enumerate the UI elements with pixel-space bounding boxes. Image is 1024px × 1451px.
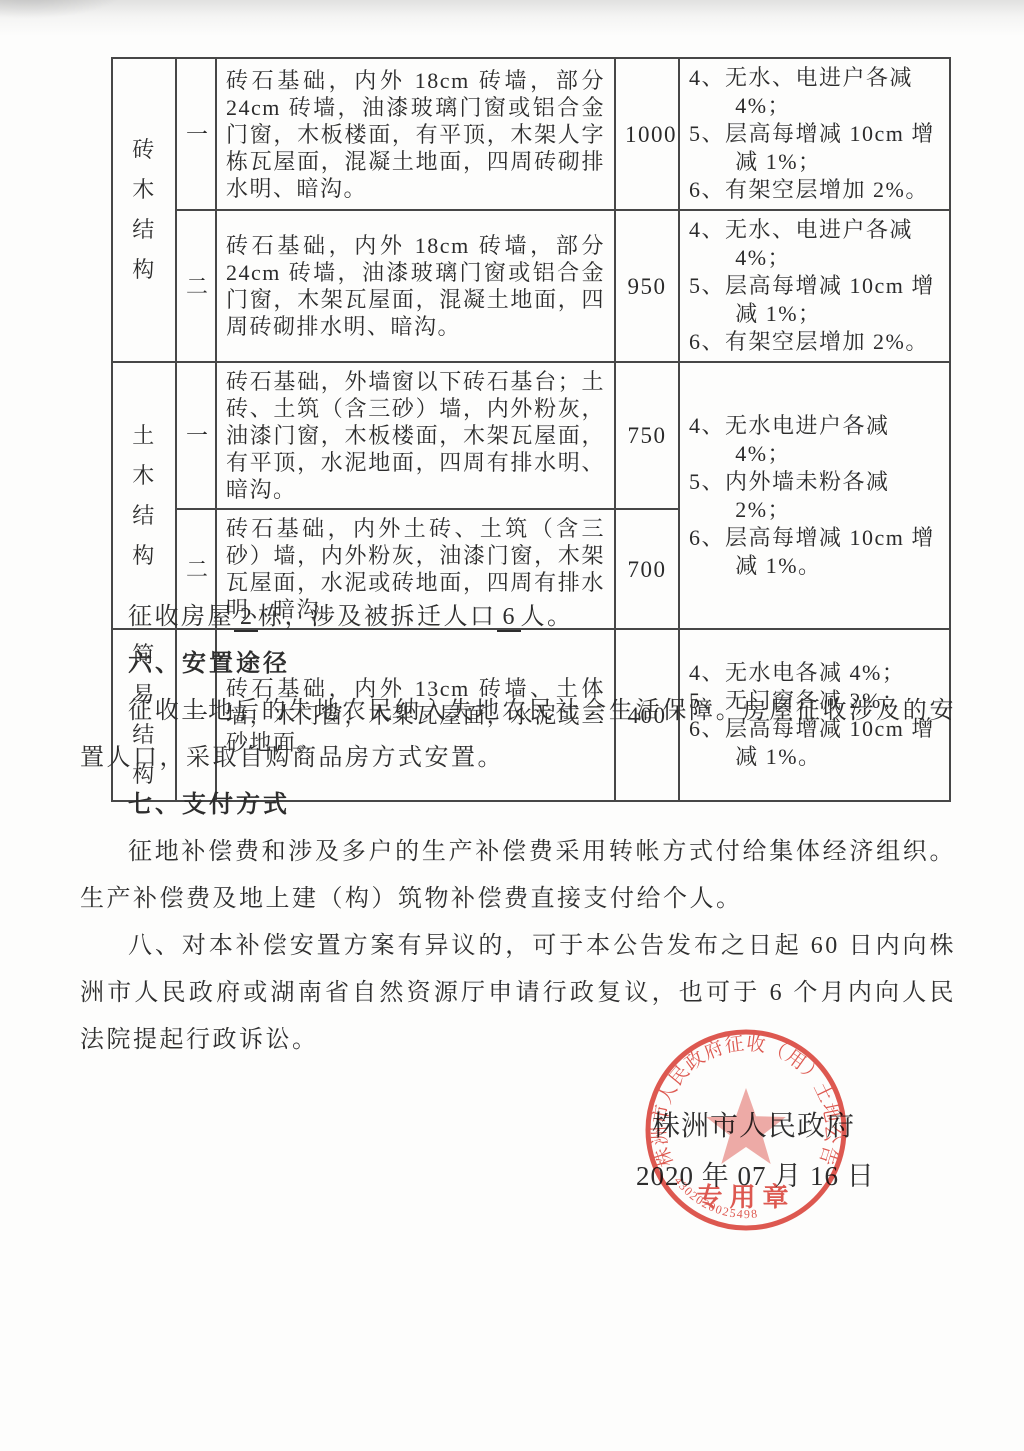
housing-summary-line: 征收房屋2栋，涉及被拆迁人口6人。 [80, 594, 956, 641]
grade-cell: 一 [176, 362, 216, 509]
adjustment-item: 6、有架空层增加 2%。 [689, 176, 940, 204]
adjustment-item: 4、无水、电进户各减 4%； [689, 216, 940, 272]
section7-heading: 七、支付方式 [80, 782, 956, 829]
housing-text: 人。 [521, 604, 574, 630]
category-cell-brick-wood: 砖木结构 [112, 58, 176, 362]
table-row: 二 砖石基础，内外 18cm 砖墙，部分 24cm 砖墙，油漆玻璃门窗或铝合金门… [112, 210, 950, 362]
people-count: 6 [497, 604, 521, 632]
section7-paragraph: 征地补偿费和涉及多户的生产补偿费采用转帐方式付给集体经济组织。生产补偿费及地上建… [80, 829, 956, 923]
price-cell: 1000 [615, 58, 679, 210]
grade-cell: 二 [176, 210, 216, 362]
adjustment-item: 4、无水电进户各减 4%； [689, 412, 940, 468]
price-cell: 750 [615, 362, 679, 509]
scan-artifact-top [0, 0, 1024, 36]
adjustment-item: 5、层高每增减 10cm 增减 1%； [689, 120, 940, 176]
adjustment-item: 5、内外墙未粉各减 2%； [689, 468, 940, 524]
grade-cell: 一 [176, 58, 216, 210]
housing-text: 征收房屋 [128, 604, 234, 630]
adjustments-cell: 4、无水、电进户各减 4%； 5、层高每增减 10cm 增减 1%； 6、有架空… [679, 210, 950, 362]
table-row: 土木结构 一 砖石基础，外墙窗以下砖石基台；土砖、土筑（含三砂）墙，内外粉灰，油… [112, 362, 950, 509]
seal-star [706, 1088, 786, 1164]
buildings-count: 2 [234, 604, 258, 632]
document-body: 征收房屋2栋，涉及被拆迁人口6人。 六、安置途径 征收土地后的失地农民纳入失地农… [80, 594, 956, 1064]
official-seal: 株洲市人民政府征收（用）土地公告 专用章 4302020025498 [640, 1024, 852, 1236]
document-page: 砖木结构 一 砖石基础，内外 18cm 砖墙，部分 24cm 砖墙，油漆玻璃门窗… [0, 0, 1024, 1451]
adjustment-item: 6、层高每增减 10cm 增减 1%。 [689, 524, 940, 580]
adjustment-item: 5、层高每增减 10cm 增减 1%； [689, 272, 940, 328]
adjustment-item: 6、有架空层增加 2%。 [689, 328, 940, 356]
signature-block: 株洲市人民政府 2020 年 07 月 16 日 株洲市人民政府征收（用）土地公… [600, 1028, 940, 1288]
adjustments-cell-merged: 4、无水电进户各减 4%； 5、内外墙未粉各减 2%； 6、层高每增减 10cm… [679, 362, 950, 629]
section6-heading: 六、安置途径 [80, 641, 956, 688]
price-cell: 950 [615, 210, 679, 362]
housing-text: 栋，涉及被拆迁人口 [258, 604, 497, 630]
description-cell: 砖石基础，内外 18cm 砖墙，部分 24cm 砖墙，油漆玻璃门窗或铝合金门窗，… [216, 210, 615, 362]
table-row: 砖木结构 一 砖石基础，内外 18cm 砖墙，部分 24cm 砖墙，油漆玻璃门窗… [112, 58, 950, 210]
adjustments-cell: 4、无水、电进户各减 4%； 5、层高每增减 10cm 增减 1%； 6、有架空… [679, 58, 950, 210]
description-cell: 砖石基础，外墙窗以下砖石基台；土砖、土筑（含三砂）墙，内外粉灰，油漆门窗，木板楼… [216, 362, 615, 509]
adjustment-item: 4、无水、电进户各减 4%； [689, 64, 940, 120]
section6-paragraph: 征收土地后的失地农民纳入失地农民社会生活保障。房屋征收涉及的安置人口，采取自购商… [80, 688, 956, 782]
category-cell-earth-wood: 土木结构 [112, 362, 176, 629]
description-cell: 砖石基础，内外 18cm 砖墙，部分 24cm 砖墙，油漆玻璃门窗或铝合金门窗，… [216, 58, 615, 210]
